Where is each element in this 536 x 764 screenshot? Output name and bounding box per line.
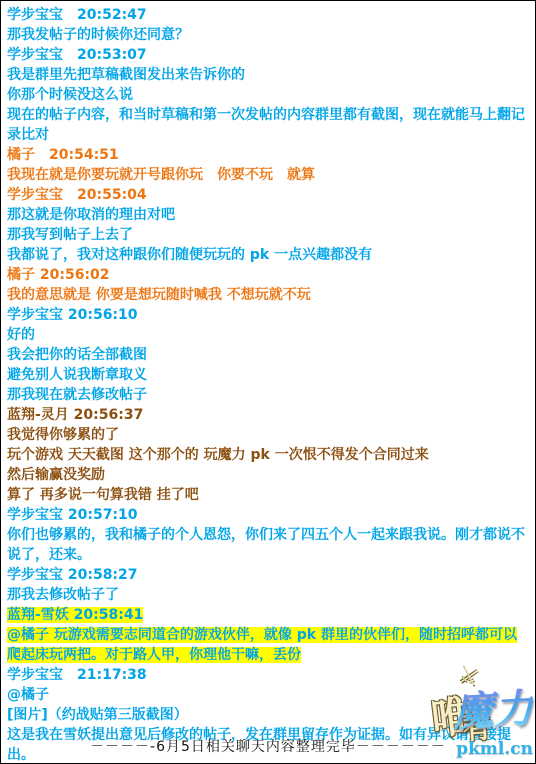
chat-header-line: 学步宝宝 21:17:38 <box>7 665 530 685</box>
chat-message-line: 那我发帖子的时候你还同意？ <box>7 25 530 45</box>
chat-message-line: 那我现在就去修改帖子 <box>7 385 530 405</box>
chat-header-line: 学步宝宝 20:52:47 <box>7 5 530 25</box>
chat-message-line: 避免别人说我断章取义 <box>7 365 530 385</box>
chat-message-line: 你那个时候没这么说 <box>7 85 530 105</box>
message-text: 然后输赢没奖励 <box>7 467 105 483</box>
message-text: 那这就是你取消的理由对吧 <box>7 207 175 223</box>
chat-header-line: 橘子 20:56:02 <box>7 265 530 285</box>
chat-message-line: 我都说了，我对这种跟你们随便玩玩的 pk 一点兴趣都没有 <box>7 245 530 265</box>
speaker-and-timestamp: 蓝翔-雪妖 20:58:41 <box>7 607 143 623</box>
chat-header-line: 橘子 20:54:51 <box>7 145 530 165</box>
chat-header-line: 蓝翔-灵月 20:56:37 <box>7 405 530 425</box>
chat-message-list: 学步宝宝 20:52:47那我发帖子的时候你还同意？学步宝宝 20:53:07我… <box>1 1 535 764</box>
chat-message-line: @橘子 <box>7 685 530 705</box>
chat-message-line: 好的 <box>7 325 530 345</box>
chat-message-line: 我是群里先把草稿截图发出来告诉你的 <box>7 65 530 85</box>
message-text: @橘子 玩游戏需要志同道合的游戏伙伴，就像 pk 群里的伙伴们，随时招呼都可以爬… <box>7 627 517 663</box>
speaker-and-timestamp: 橘子 20:54:51 <box>7 147 119 163</box>
chat-header-line: 学步宝宝 20:55:04 <box>7 185 530 205</box>
chat-message-line: 我现在就是你要玩就开号跟你玩 你要不玩 就算 <box>7 165 530 185</box>
chat-message-line: 算了 再多说一句算我错 挂了吧 <box>7 485 530 505</box>
chat-header-line: 学步宝宝 20:57:10 <box>7 505 530 525</box>
chat-message-line: 那我去修改帖子了 <box>7 585 530 605</box>
message-text: 我觉得你够累的了 <box>7 427 119 443</box>
speaker-and-timestamp: 学步宝宝 21:17:38 <box>7 667 147 683</box>
chat-header-line: 学步宝宝 20:53:07 <box>7 45 530 65</box>
chat-message-line: 现在的帖子内容，和当时草稿和第一次发帖的内容群里都有截图，现在就能马上翻记录比对 <box>7 105 530 145</box>
message-text: 那我去修改帖子了 <box>7 587 119 603</box>
speaker-and-timestamp: 学步宝宝 20:57:10 <box>7 507 138 523</box>
message-text: 我会把你的话全部截图 <box>7 347 147 363</box>
chat-message-line: 我觉得你够累的了 <box>7 425 530 445</box>
speaker-and-timestamp: 学步宝宝 20:56:10 <box>7 307 138 323</box>
message-text: 我是群里先把草稿截图发出来告诉你的 <box>7 67 245 83</box>
message-text: 你们也够累的，我和橘子的个人恩怨，你们来了四五个人一起来跟我说。刚才都说不说了，… <box>7 527 525 563</box>
chat-message-line: 你们也够累的，我和橘子的个人恩怨，你们来了四五个人一起来跟我说。刚才都说不说了，… <box>7 525 530 565</box>
chat-message-line: [图片]（约战贴第三版截图） <box>7 705 530 725</box>
speaker-and-timestamp: 橘子 20:56:02 <box>7 267 110 283</box>
message-text: 我的意思就是 你要是想玩随时喊我 不想玩就不玩 <box>7 287 311 303</box>
message-text: 玩个游戏 天天截图 这个那个的 玩魔力 pk 一次恨不得发个合同过来 <box>7 447 429 463</box>
message-text: 那我写到帖子上去了 <box>7 227 133 243</box>
chat-message-line: 然后输赢没奖励 <box>7 465 530 485</box>
message-text: @橘子 <box>7 687 49 703</box>
chat-message-line: 那这就是你取消的理由对吧 <box>7 205 530 225</box>
message-text: 那我现在就去修改帖子 <box>7 387 147 403</box>
chat-message-line: 玩个游戏 天天截图 这个那个的 玩魔力 pk 一次恨不得发个合同过来 <box>7 445 530 465</box>
speaker-and-timestamp: 蓝翔-灵月 20:56:37 <box>7 407 143 423</box>
chat-message-line: 我的意思就是 你要是想玩随时喊我 不想玩就不玩 <box>7 285 530 305</box>
chat-log-screenshot: 学步宝宝 20:52:47那我发帖子的时候你还同意？学步宝宝 20:53:07我… <box>0 0 536 764</box>
chat-header-line: 学步宝宝 20:56:10 <box>7 305 530 325</box>
message-text: 我都说了，我对这种跟你们随便玩玩的 pk 一点兴趣都没有 <box>7 247 372 263</box>
message-text: 现在的帖子内容，和当时草稿和第一次发帖的内容群里都有截图，现在就能马上翻记录比对 <box>7 107 525 143</box>
message-text: 避免别人说我断章取义 <box>7 367 147 383</box>
message-text: 那我发帖子的时候你还同意？ <box>7 27 189 43</box>
chat-message-line: 那我写到帖子上去了 <box>7 225 530 245</box>
chat-message-line: 我会把你的话全部截图 <box>7 345 530 365</box>
message-text: 你那个时候没这么说 <box>7 87 133 103</box>
chat-header-line: 学步宝宝 20:58:27 <box>7 565 530 585</box>
message-text: [图片]（约战贴第三版截图） <box>7 707 188 723</box>
speaker-and-timestamp: 学步宝宝 20:53:07 <box>7 47 147 63</box>
chat-message-line: @橘子 玩游戏需要志同道合的游戏伙伴，就像 pk 群里的伙伴们，随时招呼都可以爬… <box>7 625 530 665</box>
footer-summary-line: －－－－-6月5日相关聊天内容整理完毕－－－－－－ <box>1 736 535 756</box>
speaker-and-timestamp: 学步宝宝 20:55:04 <box>7 187 147 203</box>
message-text: 我现在就是你要玩就开号跟你玩 你要不玩 就算 <box>7 167 315 183</box>
speaker-and-timestamp: 学步宝宝 20:58:27 <box>7 567 138 583</box>
speaker-and-timestamp: 学步宝宝 20:52:47 <box>7 7 147 23</box>
message-text: 好的 <box>7 327 35 343</box>
chat-header-line: 蓝翔-雪妖 20:58:41 <box>7 605 530 625</box>
message-text: 算了 再多说一句算我错 挂了吧 <box>7 487 199 503</box>
